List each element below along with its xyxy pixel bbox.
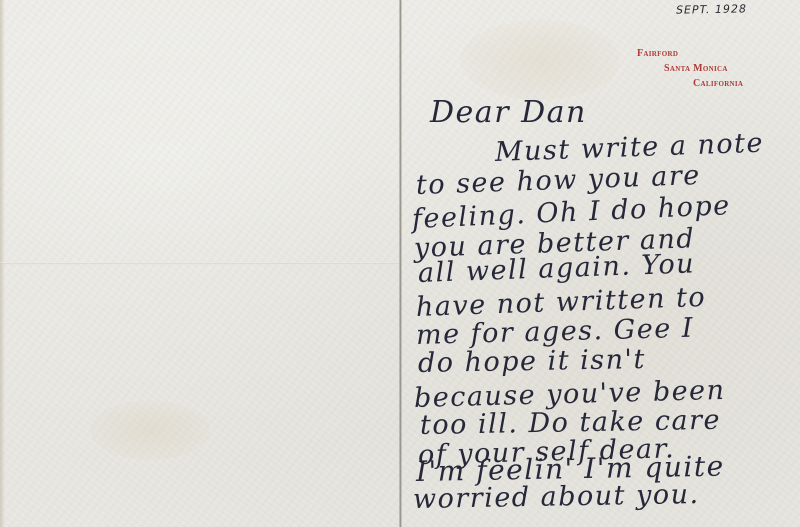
letter-line: worried about you. [413,479,700,515]
paper-stain [460,20,620,100]
letter-salutation: Dear Dan [430,95,587,130]
letterhead-line-2: Santa Monica [664,63,728,74]
horizontal-fold-crease [0,262,399,265]
letter-line: do hope it isn't [418,344,646,379]
letterhead-line-3: California [693,78,743,89]
center-fold-crease [399,0,402,527]
handwritten-date: SEPT. 1928 [676,2,747,16]
paper-stain [90,400,210,460]
letterhead-line-1: Fairford [637,48,678,59]
letter-sheet: SEPT. 1928 Fairford Santa Monica Califor… [0,0,800,527]
